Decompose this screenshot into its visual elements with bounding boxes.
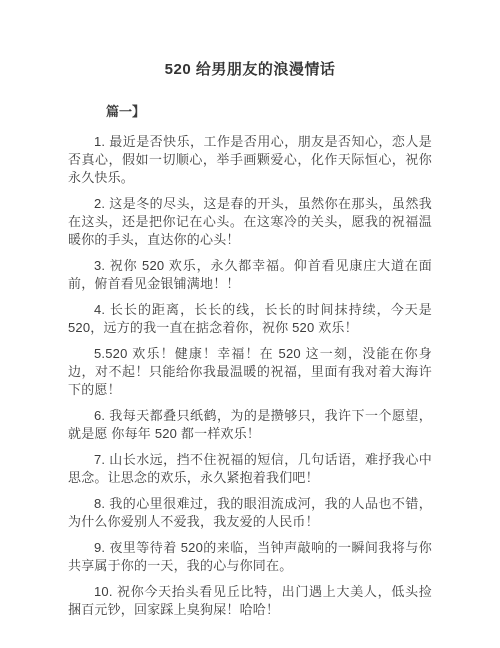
paragraph-3: 3. 祝你 520 欢乐，永久都幸福。仰首看见康庄大道在面前，俯首看见金银铺满地… xyxy=(68,257,432,293)
paragraph-10: 10. 祝你今天抬头看见丘比特，出门遇上大美人，低头捡捆百元钞，回家踩上臭狗屎！… xyxy=(68,583,432,619)
paragraph-1: 1. 最近是否快乐，工作是否用心，朋友是否知心，恋人是否真心，假如一切顺心，举手… xyxy=(68,133,432,187)
paragraph-4: 4. 长长的距离，长长的线，长长的时间抹持续，今天是 520，远方的我一直在掂念… xyxy=(68,301,432,337)
paragraph-5: 5.520 欢乐！健康！幸福！在 520 这一刻，没能在你身边，对不起！只能给你… xyxy=(68,345,432,399)
document-page: 520 给男朋友的浪漫情话 篇一】 1. 最近是否快乐，工作是否用心，朋友是否知… xyxy=(0,0,500,648)
section-label: 篇一】 xyxy=(68,101,432,120)
paragraph-2: 2. 这是冬的尽头，这是春的开头，虽然你在那头，虽然我在这头，还是把你记在心头。… xyxy=(68,195,432,249)
paragraph-8: 8. 我的心里很难过，我的眼泪流成河，我的人品也不错，为什么你爱别人不爱我，我友… xyxy=(68,495,432,531)
paragraph-9: 9. 夜里等待着 520的来临，当钟声敲响的一瞬间我将与你共享属于你的一天，我的… xyxy=(68,539,432,575)
paragraph-6: 6. 我每天都叠只纸鹤，为的是攒够只，我许下一个愿望，就是愿 你每年 520 都… xyxy=(68,407,432,443)
document-body: 篇一】 1. 最近是否快乐，工作是否用心，朋友是否知心，恋人是否真心，假如一切顺… xyxy=(68,101,432,619)
page-title: 520 给男朋友的浪漫情话 xyxy=(68,58,432,79)
paragraph-7: 7. 山长水远，挡不住祝福的短信，几句话语，难抒我心中思念。让思念的欢乐，永久紧… xyxy=(68,451,432,487)
